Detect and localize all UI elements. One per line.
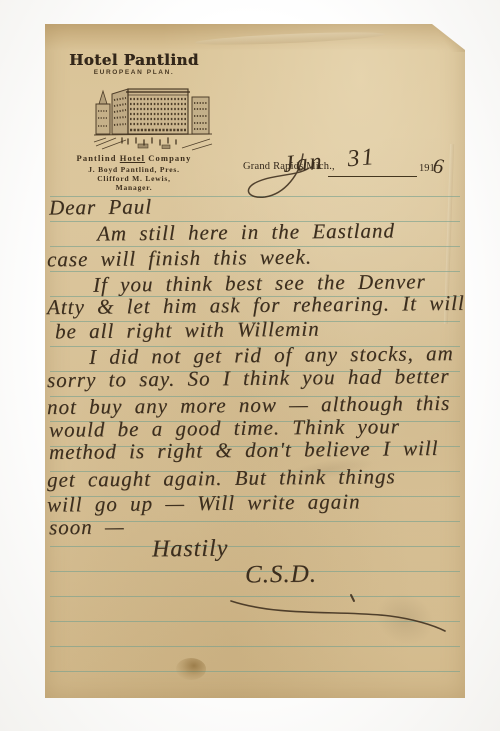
paper-crease bbox=[195, 30, 385, 47]
manager-title-line: Manager. bbox=[49, 183, 219, 192]
handwriting-line: Am still here in the Eastland bbox=[97, 218, 395, 246]
ink-stain bbox=[176, 658, 206, 680]
company-word: Company bbox=[145, 153, 191, 163]
handwriting-line: will go up — Will write again bbox=[47, 489, 361, 517]
handwriting-line: method is right & don't believe I will bbox=[49, 436, 439, 465]
hotel-name: Hotel Pantlind bbox=[68, 51, 200, 69]
scanned-letter-photo: Hotel Pantlind EUROPEAN PLAN. bbox=[0, 0, 500, 731]
handwriting-line: Hastily bbox=[152, 536, 229, 564]
handwriting-line: sorry to say. So I think you had better bbox=[47, 364, 450, 393]
handwriting-line: Dear Paul bbox=[49, 194, 152, 220]
company-name-line: Pantlind Hotel Company bbox=[49, 153, 219, 163]
handwriting-line: get caught again. But think things bbox=[47, 464, 396, 493]
manager-name-line: Clifford M. Lewis, bbox=[49, 174, 219, 183]
handwriting-line: C.S.D. bbox=[245, 561, 317, 590]
handwriting-line: Atty & let him ask for rehearing. It wil… bbox=[47, 291, 465, 320]
company-word: Pantlind bbox=[77, 153, 120, 163]
handwriting-line: soon — bbox=[49, 515, 125, 541]
corner-fold bbox=[429, 24, 465, 52]
european-plan-line: EUROPEAN PLAN. bbox=[68, 69, 200, 76]
handwriting-line: case will finish this week. bbox=[47, 245, 312, 273]
president-line: J. Boyd Pantlind, Pres. bbox=[49, 165, 219, 174]
date-underline bbox=[328, 176, 417, 177]
hotel-building-illustration bbox=[92, 80, 214, 152]
handwriting-line: be all right with Willemin bbox=[55, 317, 320, 345]
company-word-hotel-underlined: Hotel bbox=[120, 153, 145, 163]
paper: Hotel Pantlind EUROPEAN PLAN. bbox=[45, 24, 465, 698]
